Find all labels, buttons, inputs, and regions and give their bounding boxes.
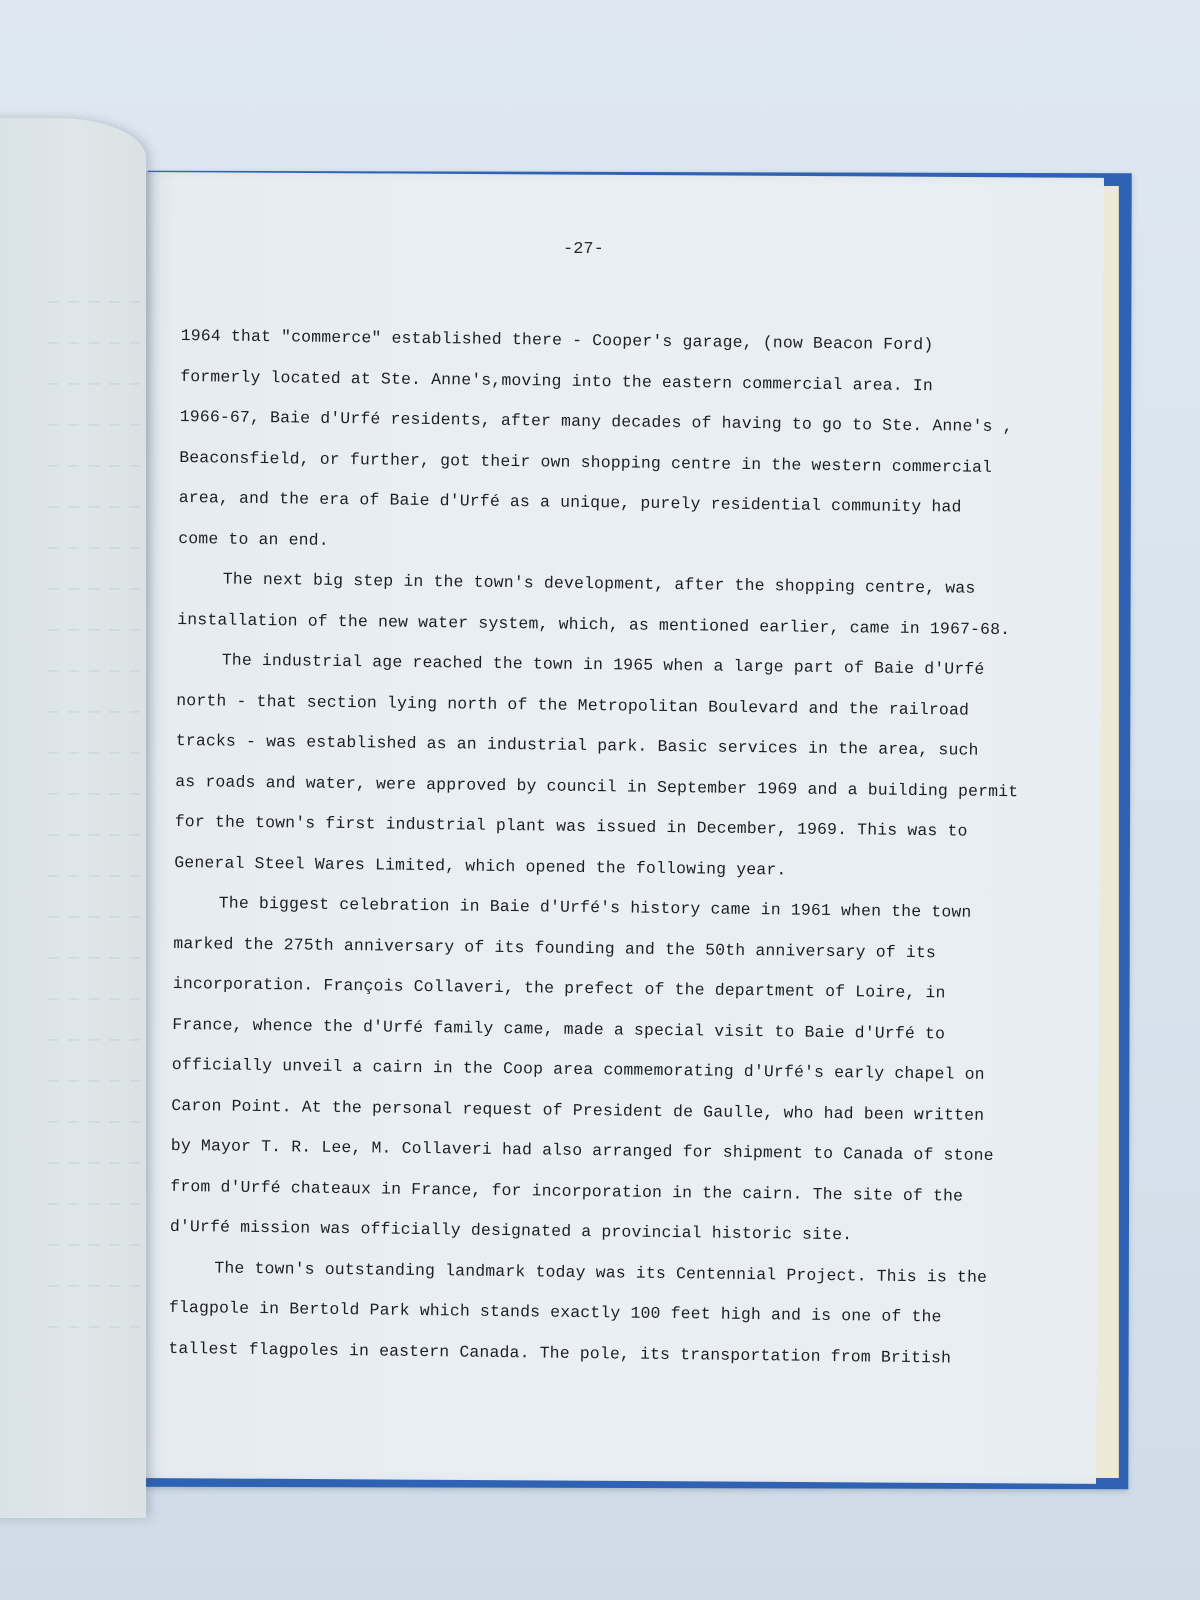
show-through-text: — — — — —	[0, 1154, 140, 1168]
show-through-text: — — — — —	[0, 416, 140, 430]
show-through-text: — — — — —	[0, 785, 140, 799]
show-through-text: — — — — —	[0, 1113, 140, 1127]
show-through-text: — — — — —	[0, 703, 140, 717]
show-through-text: — — — — —	[0, 744, 140, 758]
show-through-text: — — — — —	[0, 1236, 140, 1250]
show-through-text: — — — — —	[0, 1072, 140, 1086]
show-through-text: — — — — —	[0, 867, 140, 881]
show-through-text: — — — — —	[0, 375, 140, 389]
show-through-text: — — — — —	[0, 662, 140, 676]
show-through-text: — — — — —	[0, 949, 140, 963]
show-through-text: — — — — —	[0, 908, 140, 922]
left-page-leaf: — — — — —— — — — —— — — — —— — — — —— — …	[0, 118, 146, 1518]
show-through-text: — — — — —	[0, 293, 140, 307]
show-through-text: — — — — —	[0, 539, 140, 553]
show-through-text: — — — — —	[0, 1277, 140, 1291]
show-through-text: — — — — —	[0, 990, 140, 1004]
page-number: -27-	[563, 240, 604, 259]
typewritten-text: 1964 that "commerce" established there -…	[168, 316, 1021, 1379]
show-through-text: — — — — —	[0, 334, 140, 348]
show-through-text: — — — — —	[0, 580, 140, 594]
show-through-text: — — — — —	[0, 498, 140, 512]
show-through-text: — — — — —	[0, 826, 140, 840]
show-through-text: — — — — —	[0, 457, 140, 471]
show-through-text: — — — — —	[0, 621, 140, 635]
show-through-text: — — — — —	[0, 1195, 140, 1209]
show-through-text: — — — — —	[0, 1031, 140, 1045]
show-through-text: — — — — —	[0, 1318, 140, 1332]
